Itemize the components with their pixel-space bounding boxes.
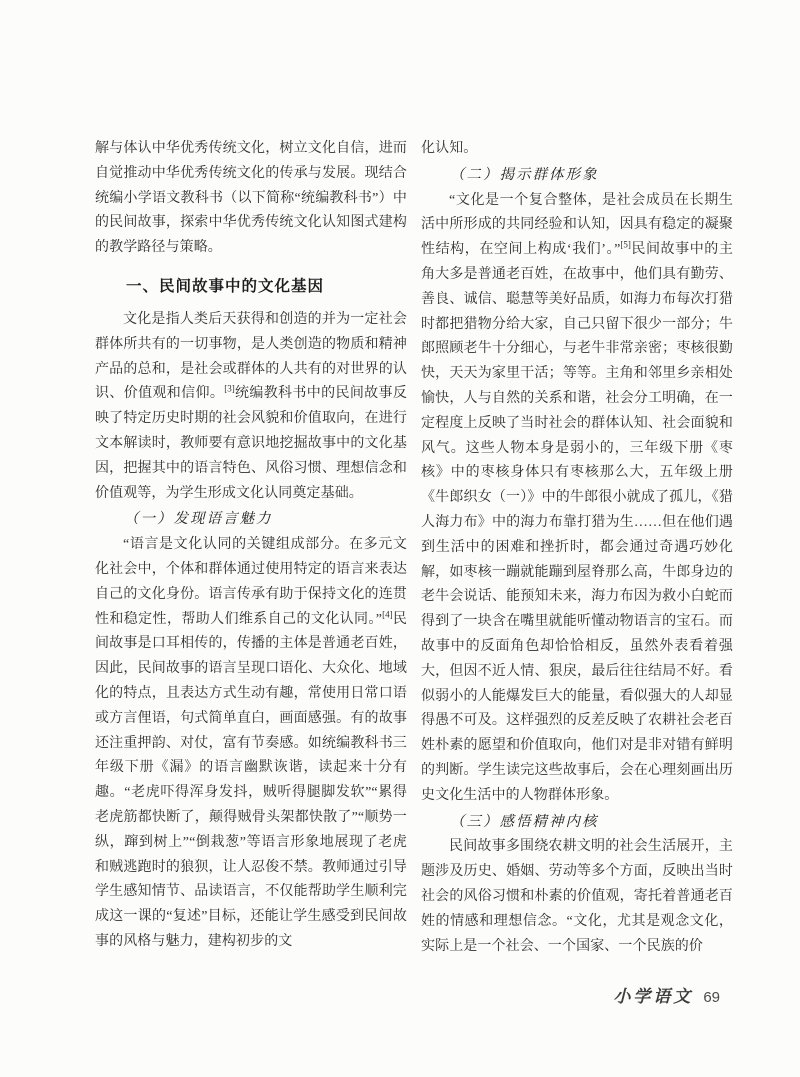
left-column: 解与体认中华优秀传统文化，树立文化自信，进而自觉推动中华优秀传统文化的传承与发展… [95, 137, 407, 959]
right-column: 化认知。 （二）揭示群体形象 “文化是一个复合整体，是社会成员在长期生活中所形成… [421, 137, 733, 959]
group-discussion: 民间故事中的主角大多是普通老百姓，在故事中，他们具有勤劳、善良、诚信、聪慧等美好… [421, 242, 733, 803]
citation-ref-4: [4] [382, 609, 393, 619]
language-discussion: 民间故事是口耳相传的，传播的主体是普通老百姓，因此，民间故事的语言呈现口语化、大… [95, 612, 407, 949]
intro-paragraph-continued: 解与体认中华优秀传统文化，树立文化自信，进而自觉推动中华优秀传统文化的传承与发展… [95, 137, 407, 261]
language-quote: “语言是文化认同的关键组成部分。在多元文化社会中，个体和群体通过使用特定的语言来… [95, 537, 407, 626]
journal-name-logo: 小学语文 [613, 982, 693, 1007]
spiritual-core-paragraph: 民间故事多围绕农耕文明的社会生活展开，主题涉及历史、婚姻、劳动等多个方面，反映出… [421, 835, 733, 959]
language-paragraph: “语言是文化认同的关键组成部分。在多元文化社会中，个体和群体通过使用特定的语言来… [95, 533, 407, 955]
culture-definition-continued: 统编教科书中的民间故事反映了特定历史时期的社会风貌和价值取向，在进行文本解读时，… [95, 386, 407, 500]
two-column-text-area: 解与体认中华优秀传统文化，树立文化自信，进而自觉推动中华优秀传统文化的传承与发展… [95, 137, 733, 959]
section-heading-1: 一、民间故事中的文化基因 [95, 274, 407, 299]
journal-article-page: 解与体认中华优秀传统文化，树立文化自信，进而自觉推动中华优秀传统文化的传承与发展… [0, 0, 800, 1077]
citation-ref-5: [5] [620, 240, 631, 250]
subheading-group-image: （二）揭示群体形象 [421, 163, 733, 188]
subheading-language-charm: （一）发现语言魅力 [95, 507, 407, 532]
page-number: 69 [703, 989, 720, 1006]
culture-definition-paragraph: 文化是指人类后天获得和创造的并为一定社会群体所共有的一切事物，是人类创造的物质和… [95, 308, 407, 506]
page-footer: 小学语文 69 [613, 982, 720, 1007]
group-image-paragraph: “文化是一个复合整体，是社会成员在长期生活中所形成的共同经验和认知，因具有稳定的… [421, 189, 733, 809]
continued-line: 化认知。 [421, 137, 733, 162]
subheading-spiritual-core: （三）感悟精神内核 [421, 810, 733, 835]
citation-ref-3: [3] [224, 384, 235, 394]
